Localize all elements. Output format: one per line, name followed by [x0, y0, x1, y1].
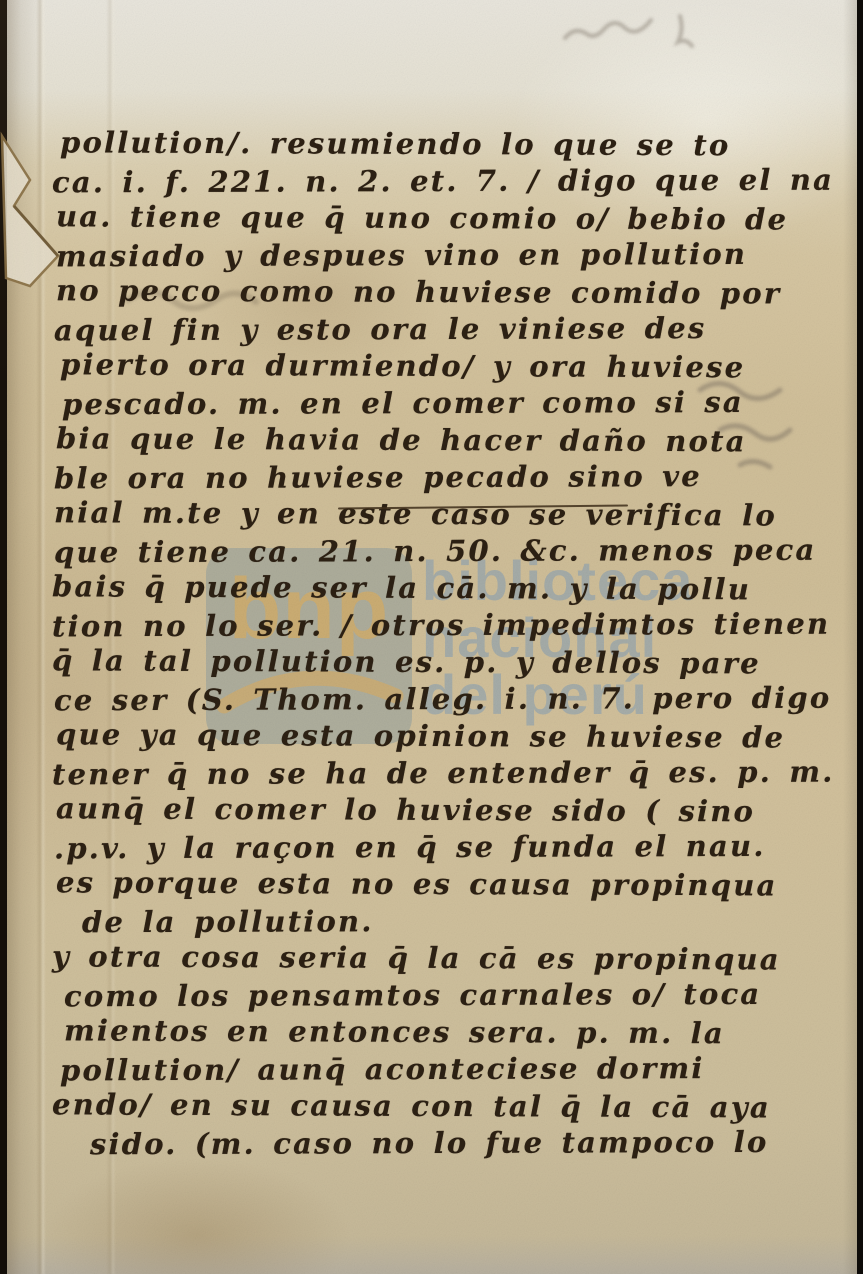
- manuscript-line: mientos en entonces sera. p. m. la: [52, 1012, 837, 1052]
- manuscript-line: nial m.te y en este caso se verifica lo: [52, 494, 837, 534]
- manuscript-line: que ya que esta opinion se huviese de: [52, 716, 837, 756]
- manuscript-line: es porque esta no es causa propinqua: [52, 864, 837, 904]
- manuscript-line-text: endo/ en su causa con tal q̄ la cā aya: [52, 1087, 771, 1124]
- manuscript-line-text: pollution/. resumiendo lo que se to: [60, 125, 731, 162]
- manuscript-line-text: mientos en entonces sera. p. m. la: [64, 1013, 725, 1050]
- manuscript-line: ble ora no huviese pecado sino ve: [52, 458, 837, 498]
- manuscript-line-text: ca. i. f. 221. n. 2. et. 7. / digo que e…: [52, 163, 834, 200]
- manuscript-line-text: que tiene ca. 21. n. 50. &c. menos peca: [54, 533, 817, 570]
- manuscript-text-block: pollution/. resumiendo lo que se to ca. …: [52, 126, 837, 1162]
- manuscript-line: .p.v. y la raçon en q̄ se funda el nau.: [52, 828, 837, 868]
- scanned-manuscript-page: bnp biblioteca nacional del perú polluti…: [0, 0, 863, 1274]
- manuscript-line: tener q̄ no se ha de entender q̄ es. p. …: [52, 754, 837, 794]
- manuscript-line-text: ble ora no huviese pecado sino ve: [54, 459, 702, 495]
- manuscript-line: bais q̄ puede ser la cā. m. y la pollu: [52, 568, 837, 608]
- manuscript-line: como los pensamtos carnales o/ toca: [52, 976, 837, 1016]
- manuscript-line-text: sido. (m. caso no lo fue tampoco lo: [90, 1125, 769, 1161]
- manuscript-line: endo/ en su causa con tal q̄ la cā aya: [52, 1086, 837, 1126]
- manuscript-line: ua. tiene que q̄ uno comio o/ bebio de: [52, 198, 837, 238]
- manuscript-line: y otra cosa seria q̄ la cā es propinqua: [52, 938, 837, 978]
- manuscript-line-text: aunq̄ el comer lo huviese sido ( sino: [56, 791, 755, 828]
- manuscript-line-text: tener q̄ no se ha de entender q̄ es. p. …: [52, 755, 835, 792]
- manuscript-line: no pecco como no huviese comido por: [52, 272, 837, 312]
- manuscript-line-text: pescado. m. en el comer como si sa: [62, 385, 744, 421]
- manuscript-line-text: aquel fin y esto ora le viniese des: [54, 311, 706, 347]
- manuscript-line: tion no lo ser. / otros impedimtos tiene…: [52, 606, 837, 646]
- ink-bleed-marks: [560, 8, 750, 58]
- manuscript-line-text: bia que le havia de hacer daño nota: [56, 421, 747, 458]
- manuscript-line: aquel fin y esto ora le viniese des: [52, 310, 837, 350]
- manuscript-line-text: q̄ la tal pollution es. p. y dellos pare: [52, 643, 761, 680]
- manuscript-line-text: de la pollution.: [82, 904, 374, 939]
- manuscript-line: q̄ la tal pollution es. p. y dellos pare: [52, 642, 837, 682]
- manuscript-line-text: ua. tiene que q̄ uno comio o/ bebio de: [56, 199, 788, 236]
- manuscript-line-text: pierto ora durmiendo/ y ora huviese: [60, 347, 745, 384]
- manuscript-line-text: y otra cosa seria q̄ la cā es propinqua: [52, 939, 781, 976]
- manuscript-line: de la pollution.: [52, 902, 837, 942]
- manuscript-line: ca. i. f. 221. n. 2. et. 7. / digo que e…: [52, 162, 837, 202]
- manuscript-line: sido. (m. caso no lo fue tampoco lo: [52, 1124, 837, 1164]
- manuscript-line: que tiene ca. 21. n. 50. &c. menos peca: [52, 532, 837, 572]
- manuscript-line-text: como los pensamtos carnales o/ toca: [64, 977, 762, 1013]
- manuscript-line: aunq̄ el comer lo huviese sido ( sino: [52, 790, 837, 830]
- manuscript-line: masiado y despues vino en pollution: [52, 236, 837, 276]
- manuscript-line: pescado. m. en el comer como si sa: [52, 384, 837, 424]
- manuscript-line: bia que le havia de hacer daño nota: [52, 420, 837, 460]
- manuscript-line-text: es porque esta no es causa propinqua: [56, 865, 778, 902]
- manuscript-line-text: no pecco como no huviese comido por: [56, 273, 781, 310]
- manuscript-line: pierto ora durmiendo/ y ora huviese: [52, 346, 837, 386]
- manuscript-line-text: que ya que esta opinion se huviese de: [56, 717, 785, 754]
- manuscript-line-text: masiado y despues vino en pollution: [56, 237, 747, 273]
- manuscript-line: ce ser (S. Thom. alleg. i. n. 7. pero di…: [52, 680, 837, 720]
- manuscript-line: pollution/ aunq̄ aconteciese dormi: [52, 1050, 837, 1090]
- manuscript-line-text: .p.v. y la raçon en q̄ se funda el nau.: [54, 829, 766, 865]
- manuscript-line-text: tion no lo ser. / otros impedimtos tiene…: [52, 607, 830, 644]
- manuscript-line-text: ce ser (S. Thom. alleg. i. n. 7. pero di…: [54, 681, 832, 718]
- manuscript-line-text: pollution/ aunq̄ aconteciese dormi: [60, 1051, 705, 1087]
- manuscript-line: pollution/. resumiendo lo que se to: [52, 124, 837, 164]
- manuscript-line-text: nial m.te y en este caso se verifica lo: [54, 495, 777, 532]
- manuscript-line-text: bais q̄ puede ser la cā. m. y la pollu: [52, 569, 751, 606]
